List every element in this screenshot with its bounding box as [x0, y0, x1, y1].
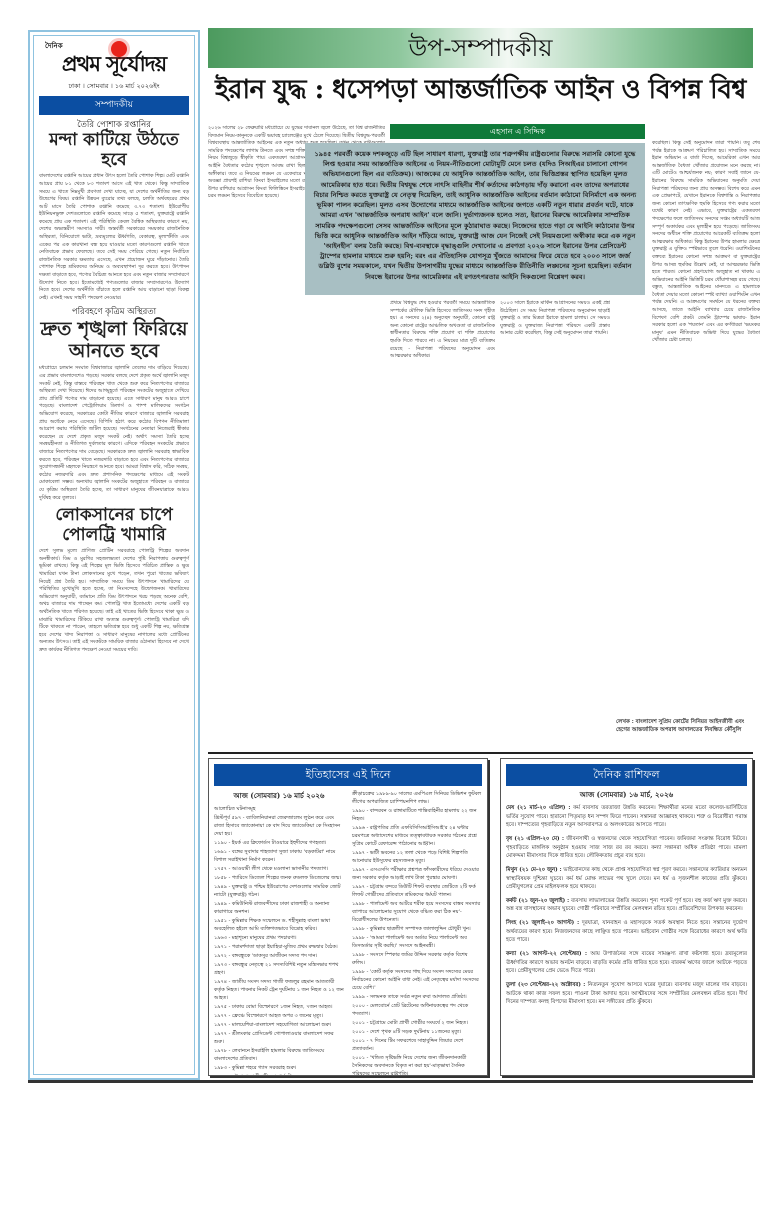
history-item: খ্রিস্টপূর্ব ৫৯৭ - ব্যাবিলনিয়ানরা জেরুজ…: [214, 814, 344, 838]
horoscope-item: কর্কট (২১ জুন-২০ জুলাই) : ব্যবসায় লাভাল…: [506, 897, 747, 914]
history-item: ১৯৯৮ - 'আমরা পার্লামেন্ট অব অর্ডার নিয়ে…: [352, 934, 482, 950]
zodiac-sign: মিথুন (২১ মে-২০ জুন) :: [506, 867, 562, 873]
history-item: ১৯৯০ - বান্দরবন ও রাঙ্গামাটিতে শান্তিবাহ…: [352, 807, 482, 823]
history-item: ১৯৮৩ - নৌ-পথে যাত্রীবাহী লঞ্চ ধর্মঘট।: [214, 1073, 344, 1076]
section-divider: [208, 752, 753, 754]
history-item: ১১৯০ - ইয়র্ক এর ক্লিফোর্ডস টাওয়ারে ইহু…: [214, 839, 344, 847]
editorial-2-kicker: পরিবহণে কৃত্রিম অস্থিরতা: [39, 306, 189, 318]
history-item: ১৯৯৭ - ভাটী ভবনের ১২ তলা থেকে পড়ে বিশিষ…: [352, 849, 482, 865]
horoscope-date: আজ (সোমবার) ১৬ মার্চ, ২০২৬: [506, 790, 747, 800]
history-item: ১৯৪৯ - কমিউনিস্ট রাজবন্দীদের ঢাকা রাজশাহ…: [214, 900, 344, 916]
dateline: ঢাকা । সোমবার । ১৬ মার্চ ২০২৬ইং: [39, 82, 189, 91]
op-ed-col3-text: ২০০৩ সালে ইরাকে মার্কিন আগ্রাসনের সময়ও …: [500, 300, 610, 338]
author-note: লেখক : বাংলাদেশ সুপ্রিম কোর্টের সিনিয়র …: [616, 718, 756, 735]
history-item: ১৯৯৮ - পার্লামেন্ট অব আর্টরে শরীক হয়ে স…: [352, 900, 482, 924]
history-left-column: আজ (সোমবার) ১৬ মার্চ ২০২৬ আলোচিত ঘটনাসমূ…: [214, 790, 344, 1076]
history-item: ১৯৬৩ - মহাশূন্যে মানুষের প্রথম পদচারণা।: [214, 934, 344, 942]
history-item: ২০০১ - চট্টগ্রামে মোটা প্রার্থী গোষ্ঠীর …: [352, 1019, 482, 1027]
left-column: দৈনিক প্রথম সূর্যোদয় ঢাকা । সোমবার । ১৬…: [28, 30, 200, 1080]
horoscope-title: দৈনিক রাশিফল: [506, 764, 747, 786]
editorial-1-body: বাংলাদেশের রপ্তানি আয়ের প্রধান উৎস হলো …: [39, 173, 189, 302]
history-item: ১৭৫৭ - আওয়ামী লীগ থেকে মওলানা ভাসানীর প…: [214, 865, 344, 873]
history-title: ইতিহাসের এই দিনে: [214, 764, 482, 786]
history-item: ১৮৫৮ - প্যারিসে ডিজেল শিল্পের জনক রুডলফ …: [214, 874, 344, 882]
history-right-column: ক্রীড়াচক্রের ১৯৮৯-৯০ সালের এমপিএল সিনিয…: [352, 790, 482, 1076]
history-item: ১৯৭৮ - লেবাননে ইসরাইলি হামলার বিরুদ্ধে জ…: [214, 1047, 344, 1063]
history-item: ১৯৭৫ - ঢাকায় বোমা বিস্ফোরণে ১জন নিহত, ৭…: [214, 1003, 344, 1011]
zodiac-sign: কন্যা (২১ আগস্ট-২২ সেপ্টেম্বর) :: [506, 951, 587, 957]
history-item: ১৯৭৭ - ফ্রেঞ্চে বিস্ফোরণে আহত অপর ৩ জনের…: [214, 1012, 344, 1020]
horoscope-item: মিথুন (২১ মে-২০ জুন) : ভাইবোনদের কাছ থেক…: [506, 866, 747, 892]
history-item: ২০০১ - দেশে পৃথক ৪টি সড়ক দুর্ঘটনায় ১১জ…: [352, 1028, 482, 1036]
history-item: ১৬৯১ - বঙ্গের সুবাদার শাহজাদা সুজা ঢাকায…: [214, 848, 344, 864]
history-item: ২০০১ - 'খন্ডিত সৃষ্টিভঙ্গি নিয়ে দেশের জ…: [352, 1054, 482, 1076]
editorial-section-label: সম্পাদকীয়: [39, 96, 189, 115]
history-box: ইতিহাসের এই দিনে আজ (সোমবার) ১৬ মার্চ ২০…: [208, 758, 488, 1076]
history-item: ১৯৯৮ - সংসদে স্পিকার জমির উদ্দিন সরকার ক…: [352, 951, 482, 967]
history-item: ১৯৭৩ - বঙ্গবন্ধুর নেতৃত্বে ২১ সদস্যবিশিষ…: [214, 961, 344, 977]
history-item: ১৯৫১ - কুমিল্লার শিক্ষক সম্মেলনে ড. শহীদ…: [214, 917, 344, 933]
history-item: ১৯৭৪ - জাতীয় সংসদ সদস্য গাজী ফজলুর রহমা…: [214, 978, 344, 1002]
op-ed-headline: ইরান যুদ্ধ : ধসেপড়া আন্তর্জাতিক আইন ও ব…: [208, 72, 753, 110]
zodiac-sign: তুলা (২৩ সেপ্টেম্বর-২২ অক্টোবর) :: [506, 982, 585, 988]
history-item: ১৯৯৯ - সলমনক তাকে সর্বত্র নতুন রুবা আদাল…: [352, 993, 482, 1001]
zodiac-sign: কর্কট (২১ জুন-২০ জুলাই) :: [506, 898, 569, 904]
history-item: ১৯৯৬ - রাষ্ট্রপতির প্রতি এফবিসিসিআইসিআই'…: [352, 824, 482, 848]
history-item: ১৯৪৯ - যুক্তরাষ্ট্র ও পশ্চিম ইউরোপের দেশ…: [214, 883, 344, 899]
history-item: ১৯৭৭ - মালয়েশিয়া-বাংলাদেশ সহযোগিতা আলো…: [214, 1021, 344, 1029]
history-item: ১৯৯৭ - চট্টগ্রাম বন্দরে ডিউটি শিফট ব্যবস…: [352, 883, 482, 899]
horoscope-item: মেষ (২১ মার্চ-২০ এপ্রিল) : কর্ম ব্যবসায়…: [506, 804, 747, 830]
op-ed-pull-quote: ১৯৪৫ পরবর্তী কয়েক দশকজুড়ে এটি ছিল সাধা…: [305, 143, 645, 295]
page-bottom-rule: [28, 1080, 753, 1083]
history-item: ১৯৭১ - পরামর্শদাতা ছাড়া ইয়াহিয়া-মুজিব…: [214, 943, 344, 951]
op-ed-col4-text: করেছিল। কিন্তু সেই অনুমোদন তারা পায়নি। …: [652, 140, 760, 345]
op-ed-section-banner: উপ-সম্পাদকীয়: [208, 28, 753, 68]
editorial-3-headline: লোকসানের চাপে পোলট্রি খামারি: [39, 506, 189, 545]
history-item: ক্রীড়াচক্রের ১৯৮৯-৯০ সালের এমপিএল সিনিয…: [352, 790, 482, 806]
history-intro: আলোচিত ঘটনাসমূহ: [214, 805, 344, 813]
zodiac-sign: মেষ (২১ মার্চ-২০ এপ্রিল) :: [506, 805, 570, 811]
op-ed-column-3: ২০০৩ সালে ইরাকে মার্কিন আগ্রাসনের সময়ও …: [500, 300, 610, 730]
editorial-2-headline: দ্রুত শৃঙ্খলা ফিরিয়ে আনতে হবে: [39, 319, 189, 363]
history-item: ১৯৮৩ - কুমিল্লা শহরে গ্যাস সরবরাহ শুরু।: [214, 1064, 344, 1072]
horoscope-item: কন্যা (২১ আগস্ট-২২ সেপ্টেম্বর) : আয় উপা…: [506, 950, 747, 976]
history-item: ১৯৭৭ - শ্রীলংকার প্রেসিডেন্ট গোপালাওয়ার…: [214, 1030, 344, 1046]
horoscope-item: তুলা (২৩ সেপ্টেম্বর-২২ অক্টোবর) : নিত্যন…: [506, 981, 747, 1007]
history-item: ১৯৯৮ - 'কোর্ট কর্তৃক সংসদের গাছ দিয়ে সং…: [352, 968, 482, 992]
history-item: ২০০১ - ৭ দিনের টিম সফরশেষে সাহাবুদ্দিন জ…: [352, 1037, 482, 1053]
masthead-small-label: দৈনিক: [45, 41, 63, 51]
history-item: ১৯৯৮ - কুমিল্লার ছাত্রলীগ সম্পাদক জালালু…: [352, 925, 482, 933]
zodiac-sign: বৃষ (২১ এপ্রিল-২০ মে) :: [506, 836, 564, 842]
editorial-1: তৈরি পোশাক রপ্তানির মন্দা কাটিয়ে উঠতে হ…: [39, 119, 189, 303]
history-item: ১৯৭২ - বঙ্গবন্ধুকে 'ডাকসুর আজীবন সদস্য প…: [214, 952, 344, 960]
zodiac-sign: সিংহ (২১ জুলাই-২০ আগস্ট) :: [506, 920, 579, 926]
horoscope-item: বৃষ (২১ এপ্রিল-২০ মে) : জীবনসাথী ও স্বজন…: [506, 835, 747, 861]
author-byline: এহসান এ সিদ্দিক: [390, 124, 645, 139]
horoscope-item: সিংহ (২১ জুলাই-২০ আগস্ট) : দূরযাত্রা, যা…: [506, 919, 747, 945]
editorial-3-body: দেশে সুলভ মূল্যে প্রাণিজ প্রোটিন সরবরাহে…: [39, 548, 189, 654]
history-item: ২০০০ - মেলবোর্নে গ্রেট ব্রিটেনের অধিনায়…: [352, 1002, 482, 1018]
editorial-2: পরিবহণে কৃত্রিম অস্থিরতা দ্রুত শৃঙ্খলা ফ…: [39, 306, 189, 502]
horoscope-box: দৈনিক রাশিফল আজ (সোমবার) ১৬ মার্চ, ২০২৬ …: [500, 758, 753, 1076]
op-ed-col2-text: প্রথমে বিশ্বযুদ্ধ শেষ হওয়ার পরবর্তী সময…: [390, 300, 495, 361]
sun-logo-icon: [111, 41, 127, 57]
op-ed-column-4: করেছিল। কিন্তু সেই অনুমোদন তারা পায়নি। …: [652, 140, 760, 710]
masthead: দৈনিক প্রথম সূর্যোদয় ঢাকা । সোমবার । ১৬…: [39, 39, 189, 92]
editorial-3: লোকসানের চাপে পোলট্রি খামারি দেশে সুলভ ম…: [39, 506, 189, 654]
history-item: ১৯৯৭ - এসএসসি পরীক্ষার প্রশ্নপত্র ফাঁসকা…: [352, 866, 482, 882]
editorial-1-headline: মন্দা কাটিয়ে উঠতে হবে: [39, 131, 189, 170]
editorial-2-body: মধ্যপ্রাচ্যে চলমান সংঘাত বিশ্ববাজারে জ্ব…: [39, 365, 189, 502]
op-ed-column-2: প্রথমে বিশ্বযুদ্ধ শেষ হওয়ার পরবর্তী সময…: [390, 300, 495, 730]
history-date: আজ (সোমবার) ১৬ মার্চ ২০২৬: [214, 790, 344, 801]
